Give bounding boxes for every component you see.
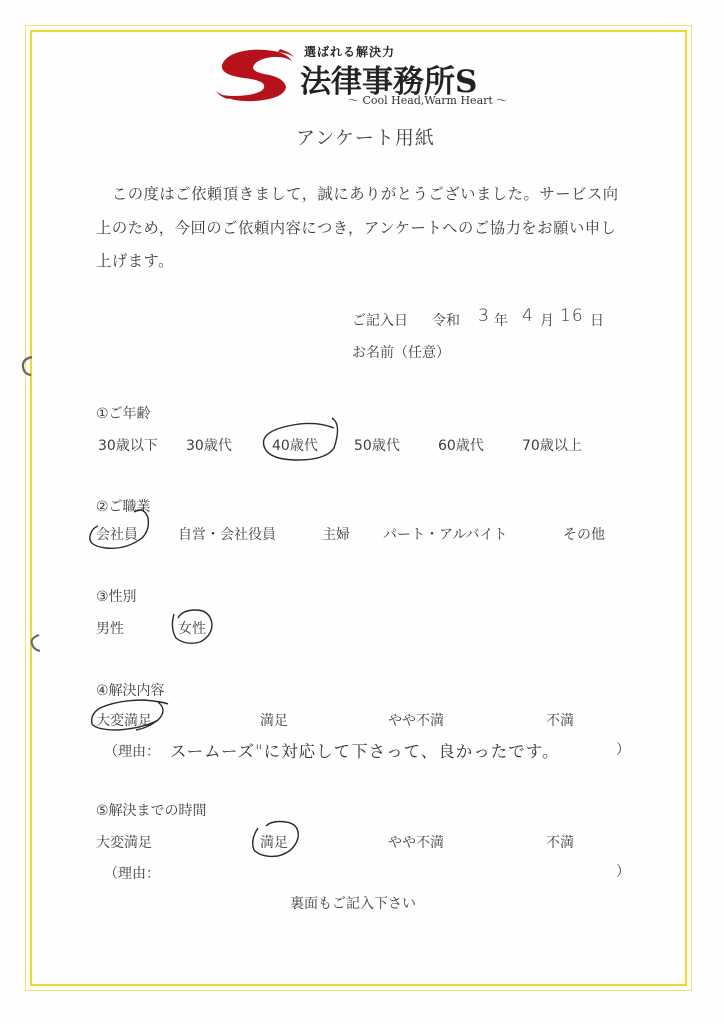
occupation-option-part-time[interactable]: パート・アルバイト: [383, 524, 507, 544]
date-year-value[interactable]: 3: [478, 306, 490, 326]
resolution-reason-open: （理由：: [104, 741, 160, 761]
occupation-option-homemaker[interactable]: 主婦: [322, 524, 350, 544]
gender-option-male[interactable]: 男性: [96, 618, 124, 638]
resolution-option-satisfied[interactable]: 満足: [260, 710, 288, 730]
date-era: 令和: [432, 310, 460, 330]
resolution-reason-close: ）: [616, 739, 630, 759]
intro-line: 上のため，今回のご依頼内容につき，アンケートへのご協力をお願い申し: [96, 216, 617, 238]
selection-circle-icon: [88, 696, 174, 742]
back-side-note: 裏面もご記入下さい: [290, 893, 416, 913]
date-month-value[interactable]: 4: [522, 306, 534, 326]
date-month-unit: 月: [540, 310, 554, 330]
punch-mark-icon: [28, 633, 42, 653]
selection-circle-icon: [258, 414, 348, 466]
age-option-30s[interactable]: 30歳代: [186, 435, 232, 455]
date-day-value[interactable]: 16: [560, 306, 584, 326]
time-option-somewhat-dissatisfied[interactable]: やや不満: [388, 832, 444, 852]
time-option-very-satisfied[interactable]: 大変満足: [96, 832, 152, 852]
time-option-dissatisfied[interactable]: 不満: [546, 832, 574, 852]
resolution-option-dissatisfied[interactable]: 不満: [546, 710, 574, 730]
occupation-option-other[interactable]: その他: [563, 524, 605, 544]
age-option-50s[interactable]: 50歳代: [354, 435, 400, 455]
resolution-reason-value[interactable]: スームーズ"に対応して下さって、良かったです。: [170, 738, 559, 762]
age-option-under-30[interactable]: 30歳以下: [98, 435, 158, 455]
date-day-unit: 日: [590, 310, 604, 330]
time-reason-value[interactable]: [170, 863, 600, 881]
age-option-60s[interactable]: 60歳代: [438, 435, 484, 455]
question-time-label: ⑤解決までの時間: [96, 800, 207, 820]
firm-slogan: ～ Cool Head,Warm Heart ～: [348, 92, 507, 108]
date-label: ご記入日: [352, 310, 408, 330]
time-reason-open: （理由：: [104, 863, 160, 883]
age-option-70-plus[interactable]: 70歳以上: [522, 435, 582, 455]
occupation-option-self-employed[interactable]: 自営・会社役員: [178, 524, 276, 544]
selection-circle-icon: [246, 818, 306, 862]
question-gender-label: ③性別: [96, 586, 137, 606]
punch-mark-icon: [20, 355, 34, 377]
firm-logo-icon: [214, 47, 296, 103]
selection-circle-icon: [86, 506, 166, 554]
intro-line: この度はご依頼頂きまして，誠にありがとうございました。サービス向: [96, 182, 619, 204]
resolution-option-somewhat-dissatisfied[interactable]: やや不満: [388, 710, 444, 730]
question-age-label: ①ご年齢: [96, 403, 151, 423]
selection-circle-icon: [166, 604, 218, 648]
date-year-unit: 年: [494, 310, 508, 330]
name-label: お名前（任意）: [352, 342, 450, 362]
page-title: アンケート用紙: [296, 123, 435, 150]
time-reason-close: ）: [616, 861, 630, 881]
intro-line: 上げます。: [96, 249, 174, 271]
